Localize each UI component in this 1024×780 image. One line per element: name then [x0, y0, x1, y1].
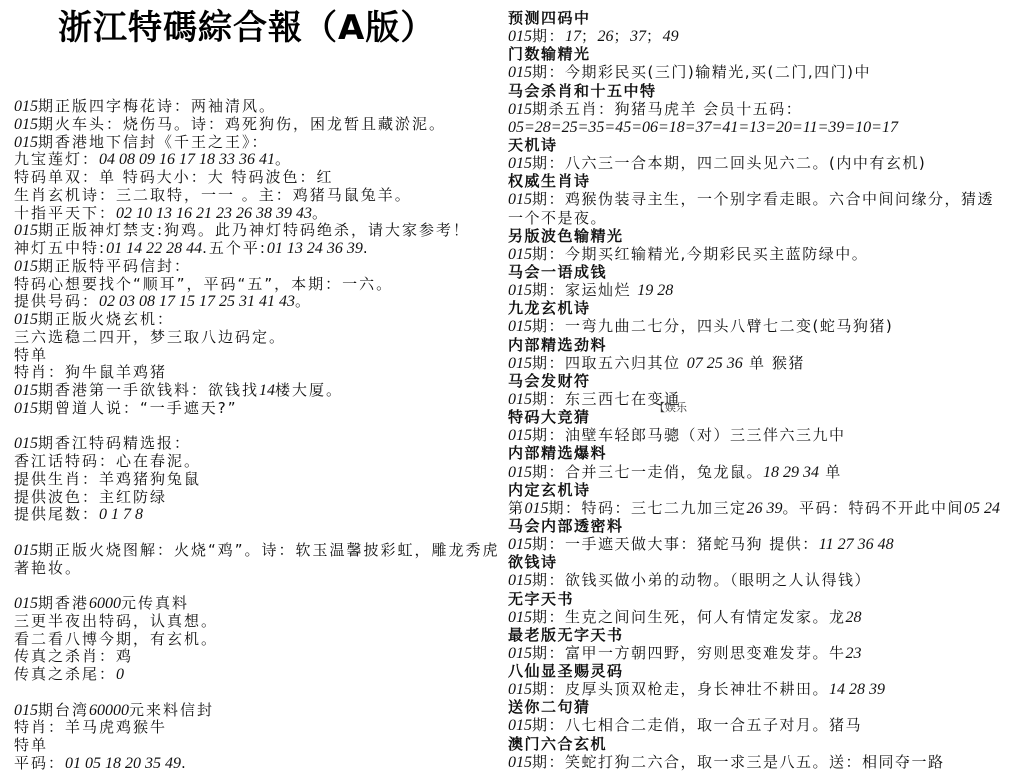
number-text: 015 [14, 134, 38, 151]
number-text: 26 [598, 28, 614, 45]
number-text: 015 [14, 222, 38, 239]
number-text: 01 05 18 20 35 49 [65, 755, 181, 772]
taiwan-special-odd: 特单 [14, 737, 506, 755]
member-fifteen-codes: 05=28=25=35=45=06=18=37=41=13=20=11=39=1… [508, 118, 1018, 136]
number-text: 14 28 39 [829, 681, 885, 698]
kill-five-zodiacs: 015期杀五肖：狗猪马虎羊 会员十五码： [508, 100, 1018, 118]
number-text: 015 [14, 595, 38, 612]
heading-macau-mystery: 澳门六合玄机 [508, 735, 1018, 753]
newspaper-title: 浙江特碼綜合報（A版） [58, 8, 435, 48]
four-code-prediction: 015期：17；26；37；49 [508, 27, 1018, 45]
fax-kill-zodiac: 传真之杀肖：鸡 [14, 648, 506, 666]
number-text: 015 [508, 572, 532, 589]
special-flat-envelope-riddle: 特码心想要找个“顺耳”，平码“五”，本期：一六。 [14, 276, 506, 294]
heading-internal-leak: 内部精选爆料 [508, 444, 1018, 462]
number-text: 015 [508, 282, 532, 299]
number-text: 015 [508, 681, 532, 698]
provided-numbers: 提供号码：02 03 08 17 15 17 25 31 41 43。 [14, 293, 506, 311]
number-text: 05=28=25=35=45=06=18=37=41=13=20=11=39=1… [508, 119, 898, 136]
number-text: 02 03 08 17 15 17 25 31 41 43 [99, 293, 295, 310]
number-text: 07 25 36 [687, 355, 743, 372]
heading-wave-color-loss: 另版波色输精光 [508, 227, 1018, 245]
heading-internal-select-tip: 内部精选劲料 [508, 336, 1018, 354]
number-text: 18 29 34 [763, 464, 819, 481]
hk-fax-verse-1: 三更半夜出特码，认真想。 [14, 613, 506, 631]
number-text: 0 [116, 666, 124, 683]
number-text: 015 [508, 717, 532, 734]
door-number-loss: 015期：今期彩民买(三门)输精光,买(二门,四门)中 [508, 63, 1018, 81]
number-text: 6000 [89, 595, 121, 612]
eight-immortals-codes: 015期：皮厚头顶双枪走，身长神壮不耕田。14 28 39 [508, 680, 1018, 698]
blank-line [14, 684, 506, 702]
heading-heavenly-secret-poem: 天机诗 [508, 136, 1018, 154]
heading-inside-mystery-poem: 内定玄机诗 [508, 481, 1018, 499]
fortune-charm: 015期：东三西七在变通 [508, 390, 1018, 408]
blank-line [14, 418, 506, 436]
heading-door-number-loss: 门数输精光 [508, 45, 1018, 63]
number-text: 015 [508, 64, 532, 81]
plum-blossom-poem: 015期正版四字梅花诗：两袖清风。 [14, 98, 506, 116]
number-text: 0 1 7 8 [99, 506, 143, 523]
provided-tail-numbers: 提供尾数：0 1 7 8 [14, 506, 506, 524]
number-text: 015 [508, 609, 532, 626]
taiwan-flat-numbers: 平码：01 05 18 20 35 49. [14, 755, 506, 773]
number-text: 015 [14, 702, 38, 719]
number-text: 01 13 24 36 39 [267, 240, 363, 257]
inside-mystery-poem: 第015期：特码：三七二九加三定26 39。平码：特码不开此中间05 24 [508, 499, 1018, 517]
number-text: 015 [14, 98, 38, 115]
number-text: 015 [508, 754, 532, 771]
blank-line [14, 577, 506, 595]
number-text: 015 [508, 101, 532, 118]
number-text: 05 24 [964, 500, 1000, 517]
nine-dragon-poem: 015期：一弯九曲二七分，四头八臂七二变(蛇马狗猪) [508, 317, 1018, 335]
heading-one-phrase-money: 马会一语成钱 [508, 263, 1018, 281]
heading-authority-zodiac-poem: 权威生肖诗 [508, 172, 1018, 190]
money-poem: 015期：欲钱买做小弟的动物。（眼明之人认得钱） [508, 571, 1018, 589]
heading-eight-immortals-codes: 八仙显圣赐灵码 [508, 662, 1018, 680]
heavenly-secret-poem: 015期：八六三一合本期，四二回头见六二。(内中有玄机) [508, 154, 1018, 172]
heading-wordless-book: 无字天书 [508, 590, 1018, 608]
heading-special-code-guess: 特码大竞猜 [508, 408, 1018, 426]
internal-leak: 015期：合并三七一走俏，兔龙鼠。18 29 34 单 [508, 463, 1018, 481]
xiangjiang-special-phrase: 香江话特码：心在春泥。 [14, 453, 506, 471]
left-column: 015期正版四字梅花诗：两袖清风。 015期火车头：烧伤马。诗：鸡死狗伤，困龙暂… [14, 98, 506, 773]
number-text: 015 [508, 645, 532, 662]
entertainment-tag: 【娱乐 [654, 399, 687, 415]
hk-fax-heading: 015期香港6000元传真料 [14, 595, 506, 613]
number-text: 28 [846, 609, 862, 626]
taiwan-special-zodiacs: 特肖：羊马虎鸡猴牛 [14, 719, 506, 737]
hk-fax-verse-2: 看二看八博今期，有玄机。 [14, 631, 506, 649]
hk-underground-envelope-heading: 015期香港地下信封《千王之王》： [14, 134, 506, 152]
number-text: 015 [14, 400, 38, 417]
one-phrase-money: 015期：家运灿烂 19 28 [508, 281, 1018, 299]
number-text: 37 [630, 28, 646, 45]
provided-zodiacs: 提供生肖：羊鸡猪狗兔鼠 [14, 471, 506, 489]
fire-illustration-poem-cont: 著艳妆。 [14, 560, 506, 578]
heading-money-poem: 欲钱诗 [508, 553, 1018, 571]
number-text: 015 [508, 318, 532, 335]
taiwan-envelope-heading: 015期台湾60000元来料信封 [14, 702, 506, 720]
number-text: 015 [508, 355, 532, 372]
number-text: 015 [14, 542, 38, 559]
nine-treasure-lamp-numbers: 九宝莲灯：04 08 09 16 17 18 33 36 41。 [14, 151, 506, 169]
heading-nine-dragon-poem: 九龙玄机诗 [508, 299, 1018, 317]
number-text: 11 27 36 48 [819, 536, 894, 553]
ten-finger-numbers: 十指平天下：02 10 13 16 21 23 26 38 39 43。 [14, 205, 506, 223]
wave-color-loss: 015期：今期买红输精光,今期彩民买主蓝防绿中。 [508, 245, 1018, 263]
number-text: 14 [259, 382, 275, 399]
number-text: 02 10 13 16 21 23 26 38 39 43 [116, 205, 312, 222]
number-text: 015 [508, 427, 532, 444]
number-text: 015 [508, 28, 532, 45]
two-line-riddle: 015期：八七相合二走俏，取一合五子对月。猪马 [508, 716, 1018, 734]
right-column: 预测四码中 015期：17；26；37；49 门数输精光 015期：今期彩民买(… [508, 9, 1018, 771]
zodiac-mystery-poem: 生肖玄机诗：三二取特，一一 。主：鸡猪马鼠兔羊。 [14, 187, 506, 205]
wordless-book: 015期：生克之间问生死，何人有情定发家。龙28 [508, 608, 1018, 626]
macau-mystery: 015期：笑蛇打狗二六合，取一求三是八五。送：相同夺一路 [508, 753, 1018, 771]
fire-mystery-heading: 015期正版火烧玄机： [14, 311, 506, 329]
number-text: 015 [508, 391, 532, 408]
number-text: 015 [508, 246, 532, 263]
number-text: 04 08 09 16 17 18 33 36 41 [99, 151, 275, 168]
special-zodiac-list: 特肖：狗牛鼠羊鸡猪 [14, 364, 506, 382]
number-text: 015 [508, 464, 532, 481]
hk-first-hand-tip: 015期香港第一手欲钱料：欲钱找14楼大厦。 [14, 382, 506, 400]
blank-line [14, 524, 506, 542]
number-text: 015 [508, 536, 532, 553]
number-text: 015 [14, 116, 38, 133]
heading-oldest-wordless-book: 最老版无字天书 [508, 626, 1018, 644]
special-code-guess: 015期：油壁车轻郎马骢（对）三三伴六三九中 [508, 426, 1018, 444]
internal-select-tip: 015期：四取五六归其位 07 25 36 单 猴猪 [508, 354, 1018, 372]
jockey-club-secret: 015期：一手遮天做大事：猪蛇马狗 提供：11 27 36 48 [508, 535, 1018, 553]
number-text: 015 [525, 500, 549, 517]
authority-zodiac-poem: 015期：鸡猴伪装寻主生，一个别字看走眼。六合中间问缘分，猜透 [508, 190, 1018, 208]
heading-kill-zodiac-fifteen: 马会杀肖和十五中特 [508, 82, 1018, 100]
number-text: 17 [565, 28, 581, 45]
number-text: 26 39 [747, 500, 783, 517]
taoist-says-tip: 015期曾道人说：“一手遮天?” [14, 400, 506, 418]
fire-illustration-poem: 015期正版火烧图解：火烧“鸡”。诗：软玉温馨披彩虹，雕龙秀虎 [14, 542, 506, 560]
authority-zodiac-poem-cont: 一个不是夜。 [508, 209, 1018, 227]
number-text: 49 [663, 28, 679, 45]
train-head-tip: 015期火车头：烧伤马。诗：鸡死狗伤，困龙暂且藏淤泥。 [14, 116, 506, 134]
number-text: 015 [508, 155, 532, 172]
xiangjiang-selection-heading: 015期香江特码精选报： [14, 435, 506, 453]
number-text: 23 [846, 645, 862, 662]
fire-mystery-verse: 三六选稳二四开，梦三取八边码定。 [14, 329, 506, 347]
provided-wave-color: 提供波色：主红防绿 [14, 489, 506, 507]
heading-two-line-riddle: 送你二句猜 [508, 698, 1018, 716]
special-odd-tip: 特单 [14, 347, 506, 365]
number-text: 015 [14, 435, 38, 452]
oldest-wordless-book: 015期：富甲一方朝四野，穷则思变难发芽。牛23 [508, 644, 1018, 662]
divine-lamp-ban-heading: 015期正版神灯禁支:狗鸡。此乃神灯特码绝杀，请大家参考！ [14, 222, 506, 240]
heading-fortune-charm: 马会发财符 [508, 372, 1018, 390]
number-text: 60000 [89, 702, 129, 719]
divine-lamp-numbers: 神灯五中特:01 14 22 28 44.五个平:01 13 24 36 39. [14, 240, 506, 258]
number-text: 015 [14, 258, 38, 275]
number-text: 015 [508, 191, 532, 208]
number-text: 01 14 22 28 44 [106, 240, 202, 257]
number-text: 19 28 [637, 282, 673, 299]
fax-kill-tail: 传真之杀尾：0 [14, 666, 506, 684]
number-text: 015 [14, 311, 38, 328]
special-code-attributes: 特码单双：单 特码大小：大 特码波色：红 [14, 169, 506, 187]
heading-four-code-prediction: 预测四码中 [508, 9, 1018, 27]
number-text: 015 [14, 382, 38, 399]
special-flat-envelope-heading: 015期正版特平码信封： [14, 258, 506, 276]
heading-jockey-club-secret: 马会内部透密料 [508, 517, 1018, 535]
